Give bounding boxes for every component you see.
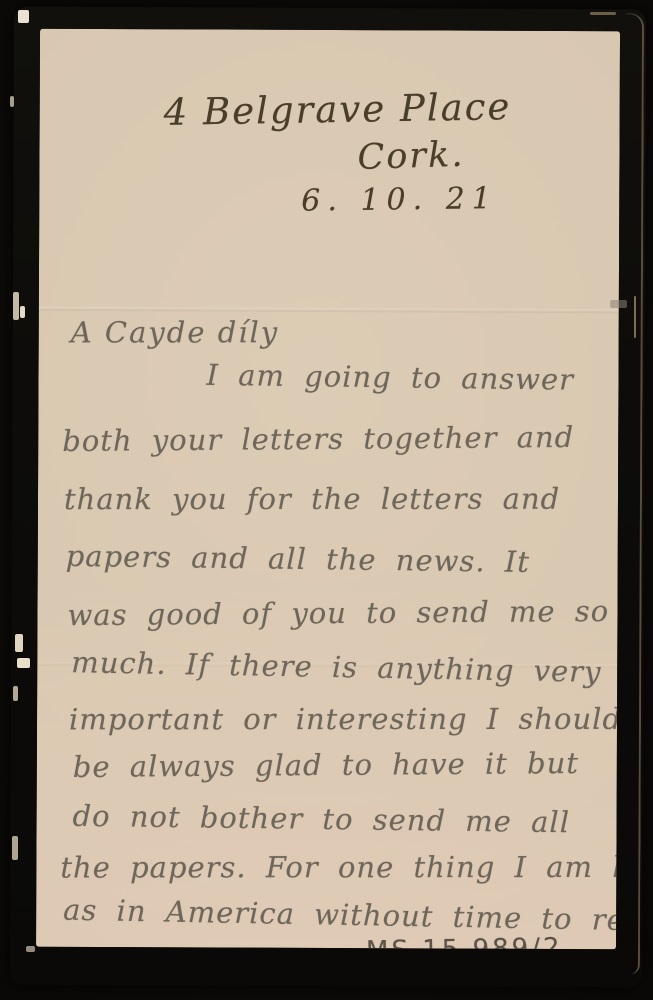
letter-paper: 4 Belgrave Place Cork. 6. 10. 21 A Cayde… bbox=[36, 29, 620, 950]
body-line: both your letters together and bbox=[62, 420, 574, 458]
body-line: important or interesting I should bbox=[69, 702, 620, 736]
body-line: much. If there is anything very bbox=[71, 645, 602, 689]
mourning-border-card: 4 Belgrave Place Cork. 6. 10. 21 A Cayde… bbox=[10, 7, 646, 988]
body-line: I am going to answer bbox=[206, 358, 574, 397]
worn-card-edge bbox=[622, 13, 644, 974]
body-line: papers and all the news. It bbox=[66, 539, 531, 579]
fold-crease-upper bbox=[39, 307, 619, 314]
body-line: thank you for the letters and bbox=[64, 482, 560, 516]
archive-reference-number: MS 15,989/2 bbox=[366, 933, 563, 949]
body-line: was good of you to send me so bbox=[67, 594, 609, 632]
salutation: A Cayde díly bbox=[71, 315, 279, 349]
photo-backdrop: 4 Belgrave Place Cork. 6. 10. 21 A Cayde… bbox=[0, 0, 653, 1000]
letter-date: 6. 10. 21 bbox=[301, 181, 498, 219]
address-line-2: Cork. bbox=[357, 135, 465, 178]
body-line: as in America without time to read bbox=[63, 893, 620, 938]
body-line: do not bother to send me all bbox=[72, 799, 570, 840]
address-line-1: 4 Belgrave Place bbox=[163, 85, 511, 134]
body-line: be always glad to have it but bbox=[73, 746, 579, 784]
body-line: the papers. For one thing I am here bbox=[60, 850, 620, 885]
